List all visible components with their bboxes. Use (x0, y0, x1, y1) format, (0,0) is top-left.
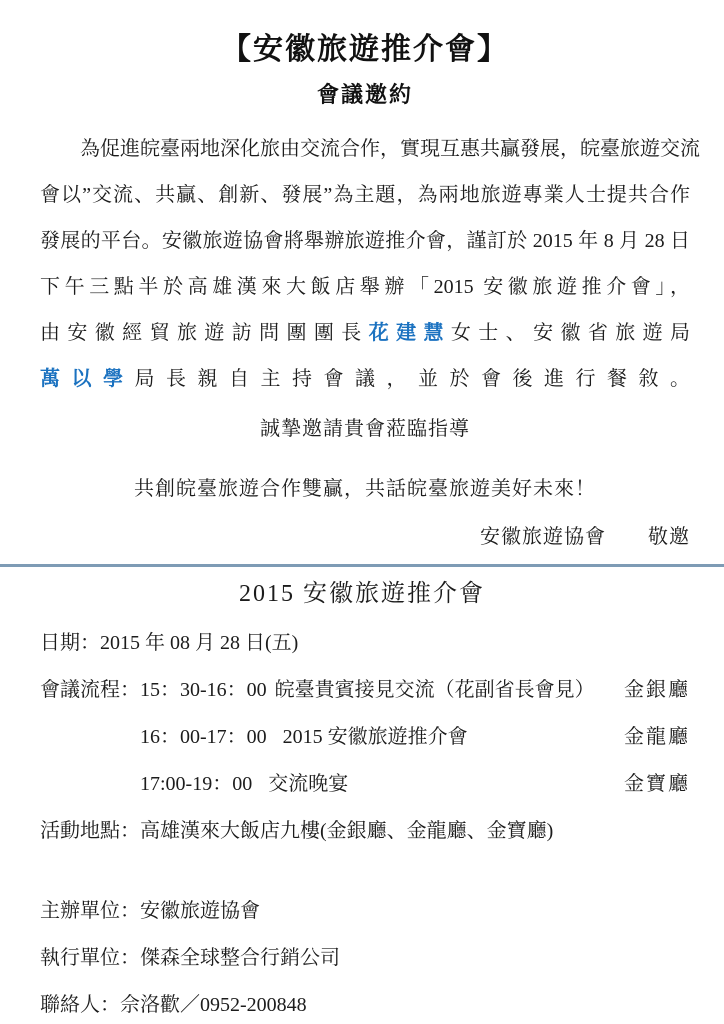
contact-line: 聯絡人：佘洛歡／0952-200848 (40, 979, 690, 1024)
schedule-prefix: 會議流程： (40, 673, 140, 702)
agenda-location: 活動地點：高雄漢來大飯店九樓(金銀廳、金龍廳、金寶廳) (40, 805, 690, 852)
schedule-venue: 金銀廳 (624, 673, 690, 702)
schedule-time: 17:00-19：00 (140, 767, 252, 796)
intro-line-3: 發展的平台。安徽旅遊協會將舉辦旅遊推介會，謹訂於 2015 年 8 月 28 日 (40, 218, 690, 264)
schedule-item: 皖臺貴賓接見交流（花副省長會見） (275, 673, 595, 702)
intro-line-5-tail: 女士、安徽省旅遊局 (451, 322, 690, 344)
executor-line: 執行單位：傑森全球整合行銷公司 (40, 932, 690, 979)
intro-line-1: 為促進皖臺兩地深化旅由交流合作，實現互惠共贏發展，皖臺旅遊交流 (40, 126, 690, 172)
schedule-item: 2015 安徽旅遊推介會 (283, 720, 468, 749)
intro-paragraph: 為促進皖臺兩地深化旅由交流合作，實現互惠共贏發展，皖臺旅遊交流 會以”交流、共贏… (40, 126, 690, 402)
schedule-row-1: 會議流程：15：30-16：00皖臺貴賓接見交流（花副省長會見） 金銀廳 (40, 664, 690, 711)
schedule-row-3: 17:00-19：00交流晚宴 金寶廳 (40, 758, 690, 805)
schedule-venue: 金寶廳 (624, 767, 690, 796)
intro-line-6: 萬以學局長親自主持會議，並於會後進行餐敘。 (40, 356, 690, 402)
agenda-date: 日期：2015 年 08 月 28 日(五) (40, 617, 690, 664)
organizer-line: 主辦單位：安徽旅遊協會 (40, 885, 690, 932)
document-page: 【安徽旅遊推介會】 會議邀約 為促進皖臺兩地深化旅由交流合作，實現互惠共贏發展，… (0, 0, 724, 1024)
agenda-title: 2015 安徽旅遊推介會 (0, 577, 724, 611)
intro-line-5-text: 由安徽經貿旅遊訪問團團長 (40, 322, 369, 344)
intro-line-6-tail: 局長親自主持會議，並於會後進行餐敘。 (135, 368, 691, 390)
section-divider (0, 564, 724, 567)
intro-line-5: 由安徽經貿旅遊訪問團團長花建慧女士、安徽省旅遊局 (40, 310, 690, 356)
slogan-line: 共創皖臺旅遊合作雙贏，共話皖臺旅遊美好未來！ (40, 474, 690, 504)
person-name-wan-yixue: 萬以學 (40, 368, 135, 390)
footer-block: 主辦單位：安徽旅遊協會 執行單位：傑森全球整合行銷公司 聯絡人：佘洛歡／0952… (0, 852, 724, 1024)
intro-line-4: 下午三點半於高雄漢來大飯店舉辦「2015 安徽旅遊推介會」， (40, 264, 690, 310)
schedule-time: 16：00-17：00 (140, 720, 267, 749)
document-subtitle: 會議邀約 (40, 80, 690, 110)
schedule-venue: 金龍廳 (624, 720, 690, 749)
document-title: 【安徽旅遊推介會】 (40, 30, 690, 70)
agenda-section: 日期：2015 年 08 月 28 日(五) 會議流程：15：30-16：00皖… (0, 611, 724, 852)
schedule-item: 交流晚宴 (268, 767, 348, 796)
intro-line-2: 會以”交流、共贏、創新、發展”為主題，為兩地旅遊專業人士提共合作 (40, 172, 690, 218)
signature-line: 安徽旅遊協會 敬邀 (40, 522, 690, 552)
schedule-time: 15：30-16：00 (140, 673, 267, 702)
person-name-hua-jianhui: 花建慧 (369, 322, 451, 344)
schedule-row-2: 16：00-17：002015 安徽旅遊推介會 金龍廳 (40, 711, 690, 758)
invitation-line: 誠摯邀請貴會蒞臨指導 (40, 414, 690, 444)
